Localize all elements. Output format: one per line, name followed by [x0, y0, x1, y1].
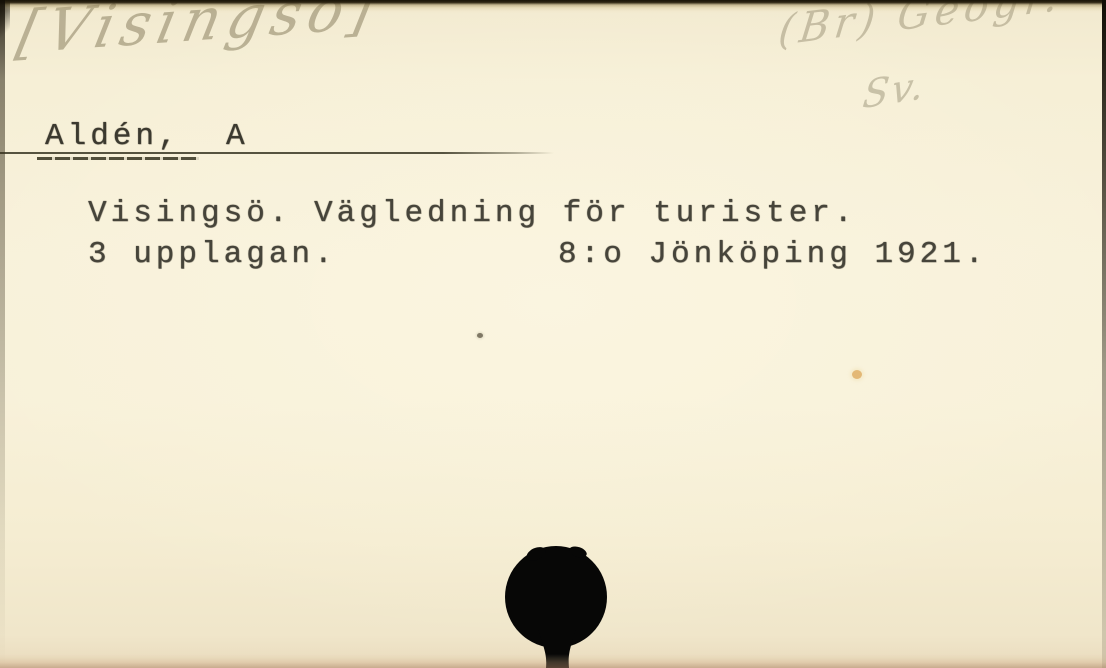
pencil-language-annotation: Sv. [860, 62, 929, 117]
edition-statement: 3 upplagan. [88, 237, 337, 272]
card-top-edge [0, 0, 1106, 11]
title-line: Visingsö. Vägledning för turister. [88, 196, 857, 231]
heading-double-underline [37, 157, 199, 160]
card-right-edge [1102, 0, 1106, 668]
stain-speck [852, 370, 862, 379]
dust-speck [477, 333, 483, 338]
card-bottom-edge [0, 654, 1106, 668]
catalog-card-scan: [Visingsö] (Br) Geogr. Sv. Aldén, A Visi… [0, 0, 1106, 668]
keyhole-punch-hole-icon [492, 530, 622, 668]
author-initial: A [226, 119, 249, 154]
format-imprint: 8:o Jönköping 1921. [558, 237, 987, 272]
card-left-edge [0, 0, 5, 668]
heading-rule-line [0, 152, 554, 154]
author-surname: Aldén, [45, 119, 181, 154]
